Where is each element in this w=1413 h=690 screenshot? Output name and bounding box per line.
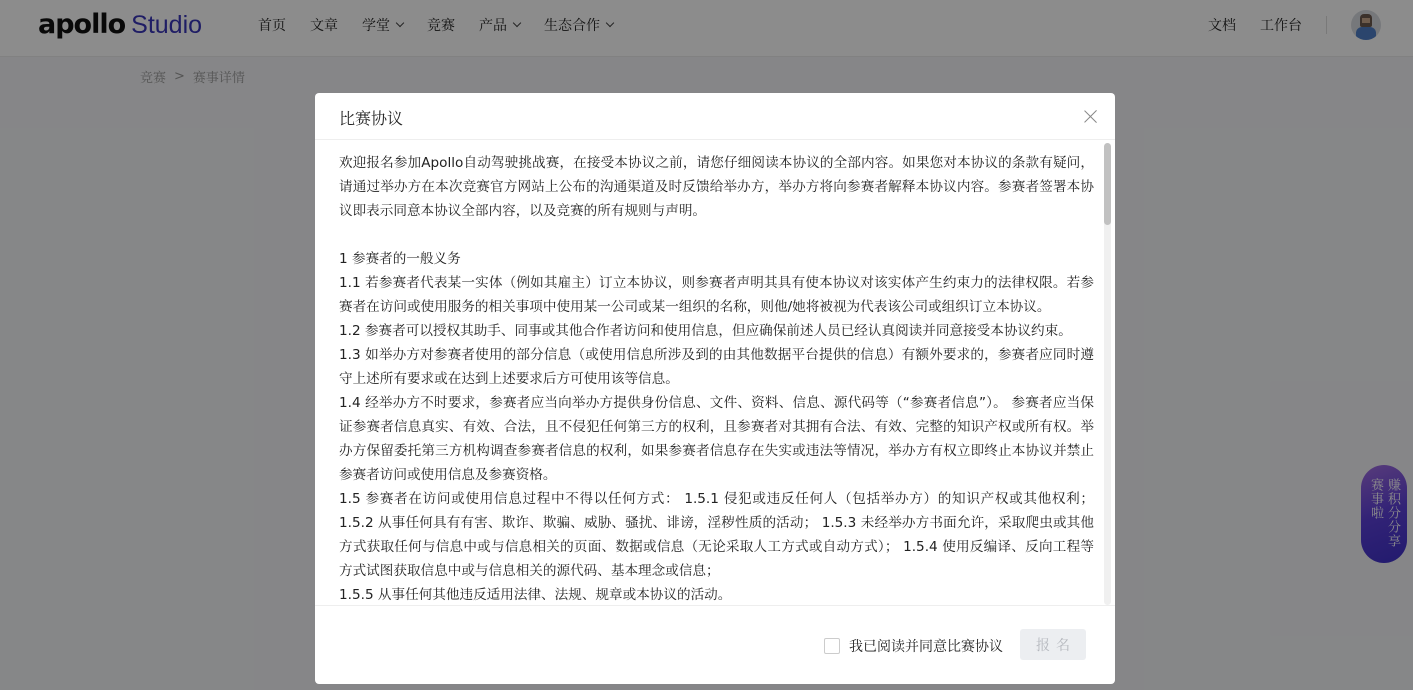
agreement-scroll-area[interactable]: 欢迎报名参加Apollo自动驾驶挑战赛，在接受本协议之前，请您仔细阅读本协议的全… xyxy=(315,141,1115,606)
modal-footer: 我已阅读并同意比赛协议 报名 xyxy=(315,606,1115,684)
agreement-section-title: 1 参赛者的一般义务 xyxy=(339,247,1094,271)
agreement-paragraph: 欢迎报名参加Apollo自动驾驶挑战赛，在接受本协议之前，请您仔细阅读本协议的全… xyxy=(339,151,1094,223)
agreement-paragraph: 1.4 经举办方不时要求，参赛者应当向举办方提供身份信息、文件、资料、信息、源代… xyxy=(339,391,1094,487)
competition-agreement-modal: 比赛协议 欢迎报名参加Apollo自动驾驶挑战赛，在接受本协议之前，请您仔细阅读… xyxy=(315,93,1115,684)
agreement-paragraph: 1.1 若参赛者代表某一实体（例如其雇主）订立本协议，则参赛者声明其具有使本协议… xyxy=(339,271,1094,319)
agree-checkbox-row[interactable]: 我已阅读并同意比赛协议 xyxy=(824,636,1003,656)
scrollbar[interactable] xyxy=(1104,143,1111,605)
modal-header: 比赛协议 xyxy=(315,93,1115,140)
close-icon[interactable] xyxy=(1083,108,1099,124)
agreement-paragraph: 1.2 参赛者可以授权其助手、同事或其他合作者访问和使用信息，但应确保前述人员已… xyxy=(339,319,1094,343)
scrollbar-thumb[interactable] xyxy=(1104,143,1111,225)
agreement-paragraph: 1.5.5 从事任何其他违反适用法律、法规、规章或本协议的活动。 xyxy=(339,583,1094,606)
paragraph-gap xyxy=(339,223,1094,247)
agree-checkbox[interactable] xyxy=(824,638,840,654)
register-button[interactable]: 报名 xyxy=(1020,629,1086,660)
modal-title: 比赛协议 xyxy=(339,106,403,129)
agreement-paragraph: 1.3 如举办方对参赛者使用的部分信息（或使用信息所涉及到的由其他数据平台提供的… xyxy=(339,343,1094,391)
agreement-paragraph: 1.5 参赛者在访问或使用信息过程中不得以任何方式： 1.5.1 侵犯或违反任何… xyxy=(339,487,1094,583)
agreement-content: 欢迎报名参加Apollo自动驾驶挑战赛，在接受本协议之前，请您仔细阅读本协议的全… xyxy=(339,151,1094,606)
agree-label: 我已阅读并同意比赛协议 xyxy=(849,636,1003,656)
